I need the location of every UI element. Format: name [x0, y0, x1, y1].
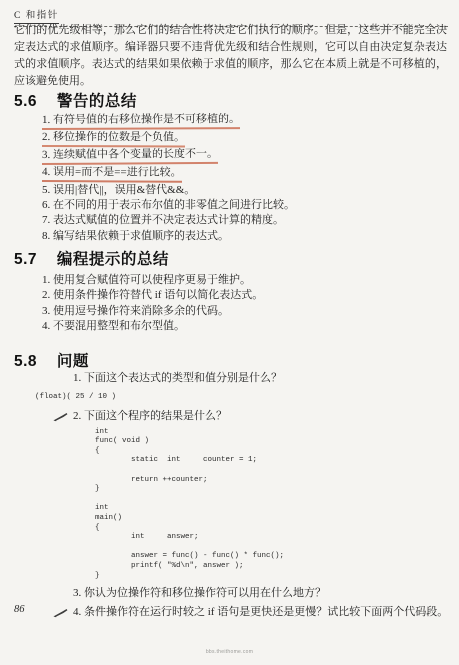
warnings-list: 1. 有符号值的右移位操作是不可移植的。 2. 移位操作的位数是个负值。 3. …: [42, 113, 445, 244]
watermark-text: bbs.theithome.com: [0, 649, 459, 655]
question-item: 4. 条件操作符在运行时较之 if 语句是更快还是更慢？试比较下面两个代码段。: [73, 605, 449, 620]
question-item: 2. 下面这个程序的结果是什么？: [73, 409, 449, 424]
section-number: 5.7: [14, 251, 37, 268]
tips-list: 1. 使用复合赋值符可以使程序更易于维护。 2. 使用条件操作符替代 if 语句…: [42, 273, 445, 335]
warning-item: 8. 编写结果依赖于求值顺序的表达式。: [42, 230, 229, 242]
list-item: 6. 在不同的用于表示布尔值的非零值之间进行比较。: [42, 198, 445, 213]
section-heading-tips: 5.7 编程提示的总结: [14, 247, 169, 269]
question-text: 3. 你认为位操作符和移位操作符可以用在什么地方？: [73, 587, 326, 599]
list-item: 2. 移位操作的位数是个负值。: [42, 130, 445, 147]
intro-paragraph: 它们的优先级相等，那么它们的结合性将决定它们执行的顺序。但是，这些并不能完全决定…: [14, 22, 447, 90]
question-text: 1. 下面这个表达式的类型和值分别是什么？: [73, 372, 282, 384]
tip-item: 1. 使用复合赋值符可以使程序更易于维护。: [42, 274, 251, 286]
warning-item: 5. 误用|替代||，误用&替代&&。: [42, 184, 195, 196]
code-snippet-program: int func( void ) { static int counter = …: [95, 428, 449, 582]
book-page: C 和指针 它们的优先级相等，那么它们的结合性将决定它们执行的顺序。但是，这些并…: [0, 0, 459, 665]
section-number: 5.8: [14, 353, 37, 370]
warning-item-underlined: 2. 移位操作的位数是个负值。: [42, 130, 185, 148]
question-text: 4. 条件操作符在运行时较之 if 语句是更快还是更慢？试比较下面两个代码段。: [73, 606, 448, 618]
warning-item: 7. 表达式赋值的位置并不决定表达式计算的精度。: [42, 214, 284, 226]
section-number: 5.6: [14, 93, 37, 110]
list-item: 3. 使用逗号操作符来消除多余的代码。: [42, 304, 445, 319]
list-item: 5. 误用|替代||，误用&替代&&。: [42, 183, 445, 198]
list-item: 1. 使用复合赋值符可以使程序更易于维护。: [42, 273, 445, 288]
pencil-icon: [53, 412, 69, 422]
warning-item-underlined: 3. 连续赋值中各个变量的长度不一。: [42, 147, 218, 165]
list-item: 7. 表达式赋值的位置并不决定表达式计算的精度。: [42, 213, 445, 228]
warning-item-underlined: 4. 误用=而不是==进行比较。: [42, 165, 182, 183]
questions-block: 1. 下面这个表达式的类型和值分别是什么？ (float)( 25 / 10 )…: [73, 371, 449, 620]
list-item: 1. 有符号值的右移位操作是不可移植的。: [42, 113, 445, 130]
question-text: 2. 下面这个程序的结果是什么？: [73, 410, 227, 422]
question-item: 3. 你认为位操作符和移位操作符可以用在什么地方？: [73, 586, 449, 601]
pencil-icon: [53, 608, 69, 618]
section-title: 警告的总结: [57, 93, 137, 110]
tip-item: 3. 使用逗号操作符来消除多余的代码。: [42, 305, 229, 317]
section-heading-questions: 5.8 问题: [14, 349, 89, 371]
section-heading-warnings: 5.6 警告的总结: [14, 89, 137, 111]
list-item: 4. 不要混用整型和布尔型值。: [42, 319, 445, 334]
section-title: 问题: [57, 353, 89, 370]
list-item: 3. 连续赋值中各个变量的长度不一。: [42, 148, 445, 165]
warning-item-underlined: 1. 有符号值的右移位操作是不可移植的。: [42, 112, 240, 130]
tip-item: 2. 使用条件操作符替代 if 语句以简化表达式。: [42, 289, 263, 301]
list-item: 2. 使用条件操作符替代 if 语句以简化表达式。: [42, 288, 445, 303]
tip-item: 4. 不要混用整型和布尔型值。: [42, 320, 185, 332]
code-snippet-expression: (float)( 25 / 10 ): [35, 393, 449, 403]
page-number: 86: [14, 604, 25, 615]
section-title: 编程提示的总结: [57, 251, 169, 268]
list-item: 8. 编写结果依赖于求值顺序的表达式。: [42, 229, 445, 244]
question-item: 1. 下面这个表达式的类型和值分别是什么？: [73, 371, 449, 386]
warning-item: 6. 在不同的用于表示布尔值的非零值之间进行比较。: [42, 199, 295, 211]
list-item: 4. 误用=而不是==进行比较。: [42, 165, 445, 182]
